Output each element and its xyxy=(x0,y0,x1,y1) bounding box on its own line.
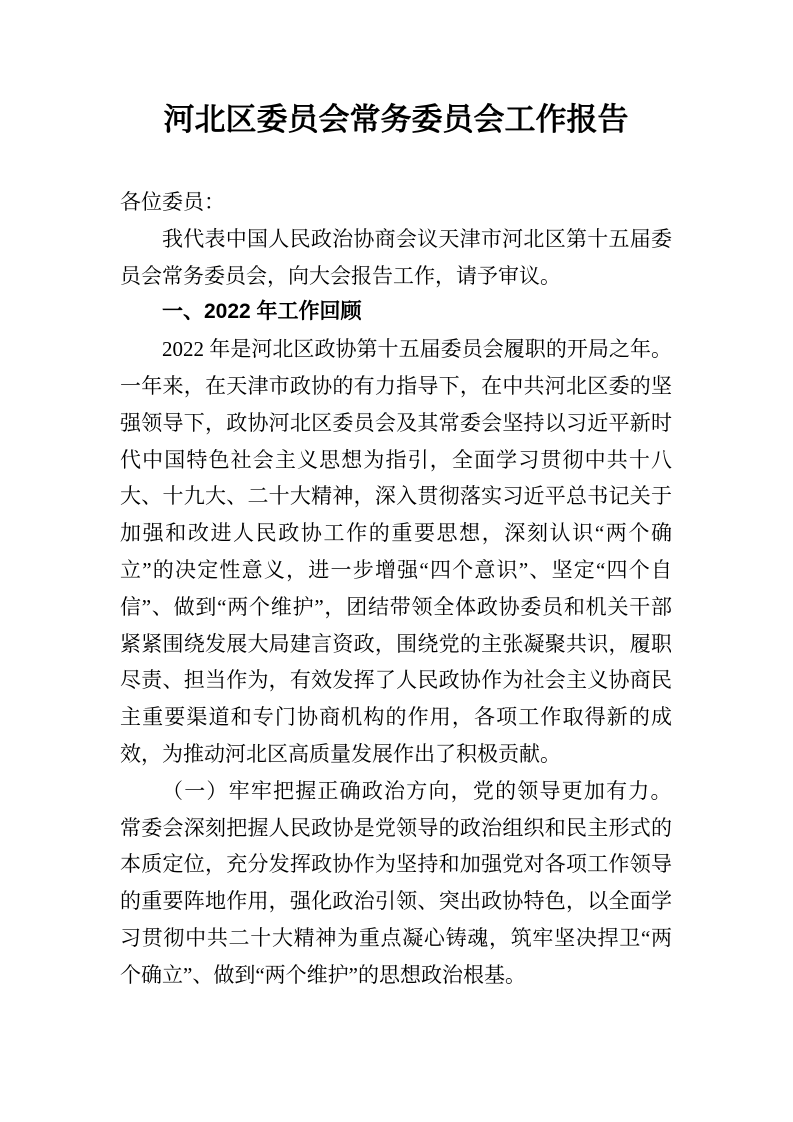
section-heading-2022-review: 一、2022 年工作回顾 xyxy=(120,294,672,331)
document-title: 河北区委员会常务委员会工作报告 xyxy=(120,96,672,144)
review-paragraph: 2022 年是河北区政协第十五届委员会履职的开局之年。一年来，在天津市政协的有力… xyxy=(120,331,672,773)
item1-body-text: 常委会深刻把握人民政协是党领导的政治组织和民主形式的本质定位，充分发挥政协作为坚… xyxy=(120,816,672,987)
intro-paragraph: 我代表中国人民政治协商会议天津市河北区第十五届委员会常务委员会，向大会报告工作，… xyxy=(120,221,672,295)
item1-paragraph: （一）牢牢把握正确政治方向，党的领导更加有力。常委会深刻把握人民政协是党领导的政… xyxy=(120,773,672,994)
document-body: 各位委员： 我代表中国人民政治协商会议天津市河北区第十五届委员会常务委员会，向大… xyxy=(120,184,672,994)
document-page: 河北区委员会常务委员会工作报告 各位委员： 我代表中国人民政治协商会议天津市河北… xyxy=(0,0,793,1122)
salutation-line: 各位委员： xyxy=(120,184,672,221)
item1-lead-sentence: （一）牢牢把握正确政治方向，党的领导更加有力。 xyxy=(162,779,672,803)
